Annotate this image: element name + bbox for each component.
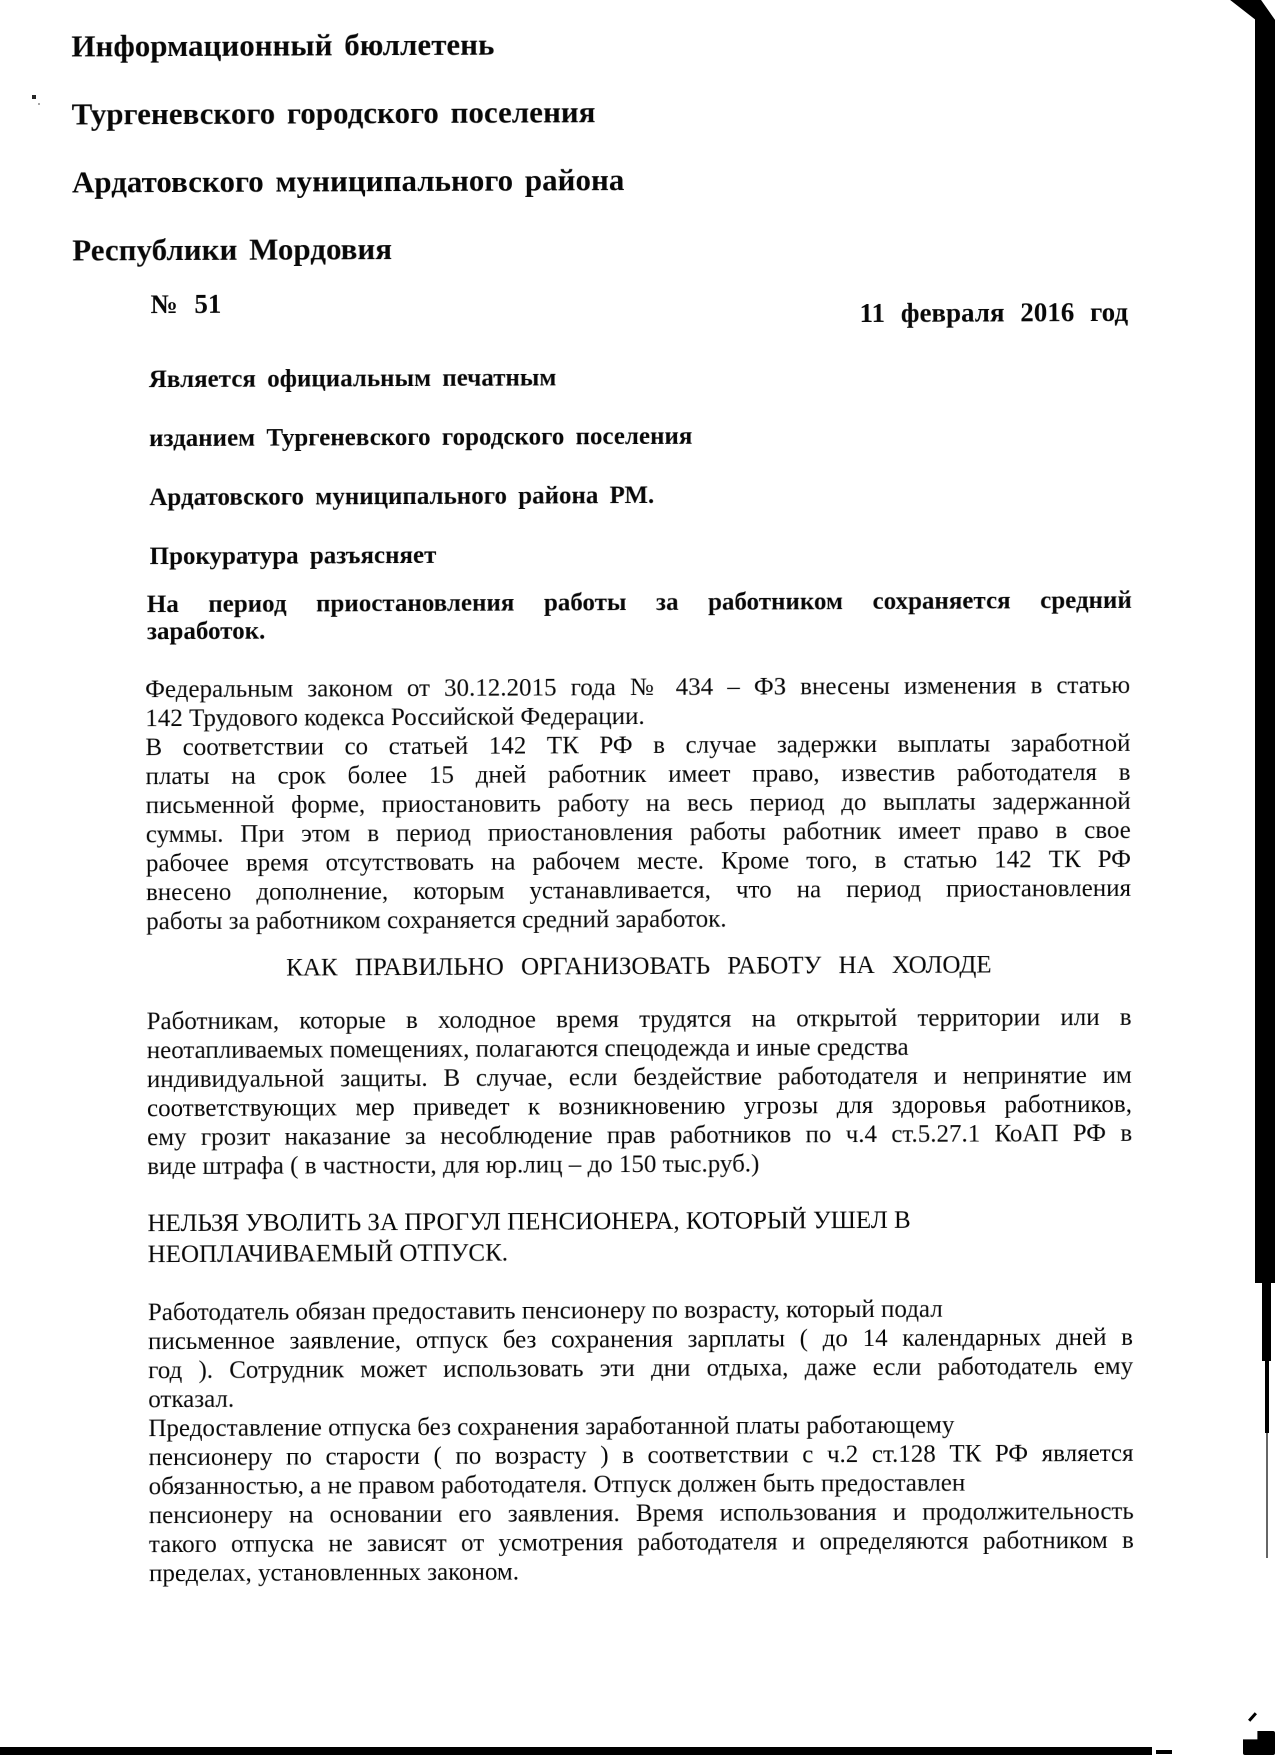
text-line: пределах, установленных законом. [149,1555,1134,1588]
document-content: Информационный бюллетеньТургеневского го… [0,0,1275,1755]
masthead-official-statement: Является официальным печатнымизданием Ту… [149,346,1150,586]
issue-number: № 51 [150,289,221,320]
text-line: Работникам, которые в холодное время тру… [147,1003,1132,1036]
text-line: Федеральным законом от 30.12.2015 года №… [145,671,1130,704]
text-line: Республики Мордовия [72,211,1262,284]
right-edge-scan-artifact-low [1265,1361,1269,1433]
text-line: письменное заявление, отпуск без сохране… [148,1323,1133,1356]
article-pensioner-leave: Работодатель обязан предоставить пенсион… [148,1294,1134,1588]
text-line: такого отпуска не зависят от усмотрения … [149,1526,1134,1559]
scanned-document-page: Информационный бюллетеньТургеневского го… [0,0,1275,1755]
text-line: Предоставление отпуска без сохранения за… [148,1410,1133,1443]
text-line: обязанностью, а не правом работодателя. … [149,1468,1134,1501]
text-line: суммы. При этом в период приостановления… [146,816,1131,849]
right-edge-scan-artifact-mid [1262,1283,1271,1361]
left-margin-speck-faint [38,103,40,105]
text-line: Работодатель обязан предоставить пенсион… [148,1294,1133,1327]
article-cold-work: Работникам, которые в холодное время тру… [147,1003,1133,1181]
left-margin-speck [32,95,36,99]
pensioner-section-heading: НЕЛЬЗЯ УВОЛИТЬ ЗА ПРОГУЛ ПЕНСИОНЕРА, КОТ… [147,1204,1052,1270]
text-line: рабочее время отсутствовать на рабочем м… [146,845,1131,878]
text-line: Информационный бюллетень [71,7,1261,80]
text-line: НЕОПЛАЧИВАЕМЫЙ ОТПУСК. [148,1235,1053,1270]
text-line: письменной форме, приостановить работу н… [146,787,1131,820]
article-suspension-of-work: Федеральным законом от 30.12.2015 года №… [145,671,1131,936]
text-line: Прокуратура разъясняет [149,523,1149,586]
text-line: соответствующих мер приведет к возникнов… [147,1090,1132,1123]
text-line: НЕЛЬЗЯ УВОЛИТЬ ЗА ПРОГУЛ ПЕНСИОНЕРА, КОТ… [147,1204,1052,1239]
text-line: год ). Сотрудник может использовать эти … [148,1352,1133,1385]
text-line: изданием Тургеневского городского поселе… [149,405,1149,468]
text-line: пенсионеру по старости ( по возрасту ) в… [148,1439,1133,1472]
text-line: На период приостановления работы за рабо… [147,587,1132,618]
bulletin-title: Информационный бюллетеньТургеневского го… [71,7,1262,284]
cold-work-section-heading: КАК ПРАВИЛЬНО ОРГАНИЗОВАТЬ РАБОТУ НА ХОЛ… [146,951,1131,983]
bottom-edge-scan-dash [1156,1750,1172,1754]
text-line: неотапливаемых помещениях, полагаются сп… [147,1032,1132,1065]
text-line: 142 Трудового кодекса Российской Федерац… [145,700,1130,733]
text-line: Ардатовского муниципального района РМ. [149,464,1149,527]
text-line: В соответствии со статьей 142 ТК РФ в сл… [145,729,1130,762]
lead-article-heading: На период приостановления работы за рабо… [147,587,1132,645]
text-line: заработок. [147,614,1132,645]
text-line: пенсионеру на основании его заявления. В… [149,1497,1134,1530]
text-line: отказал. [148,1381,1133,1414]
text-line: ему грозит наказание за несоблюдение пра… [147,1119,1132,1152]
bottom-edge-scan-line [0,1747,1152,1755]
text-line: Является официальным печатным [149,346,1149,409]
right-edge-scan-artifact [1255,0,1275,1283]
text-line: внесено дополнение, которым устанавливае… [146,874,1131,907]
text-line: виде штрафа ( в частности, для юр.лиц – … [147,1148,1132,1181]
right-edge-scan-artifact-faint [1266,1433,1268,1558]
text-line: индивидуальной защиты. В случае, если бе… [147,1061,1132,1094]
issue-date: 11 февраля 2016 год [859,297,1128,329]
text-line: платы на срок более 15 дней работник име… [145,758,1130,791]
text-line: работы за работником сохраняется средний… [146,903,1131,936]
text-line: Тургеневского городского поселения [72,75,1262,148]
text-line: Ардатовского муниципального района [72,143,1262,216]
